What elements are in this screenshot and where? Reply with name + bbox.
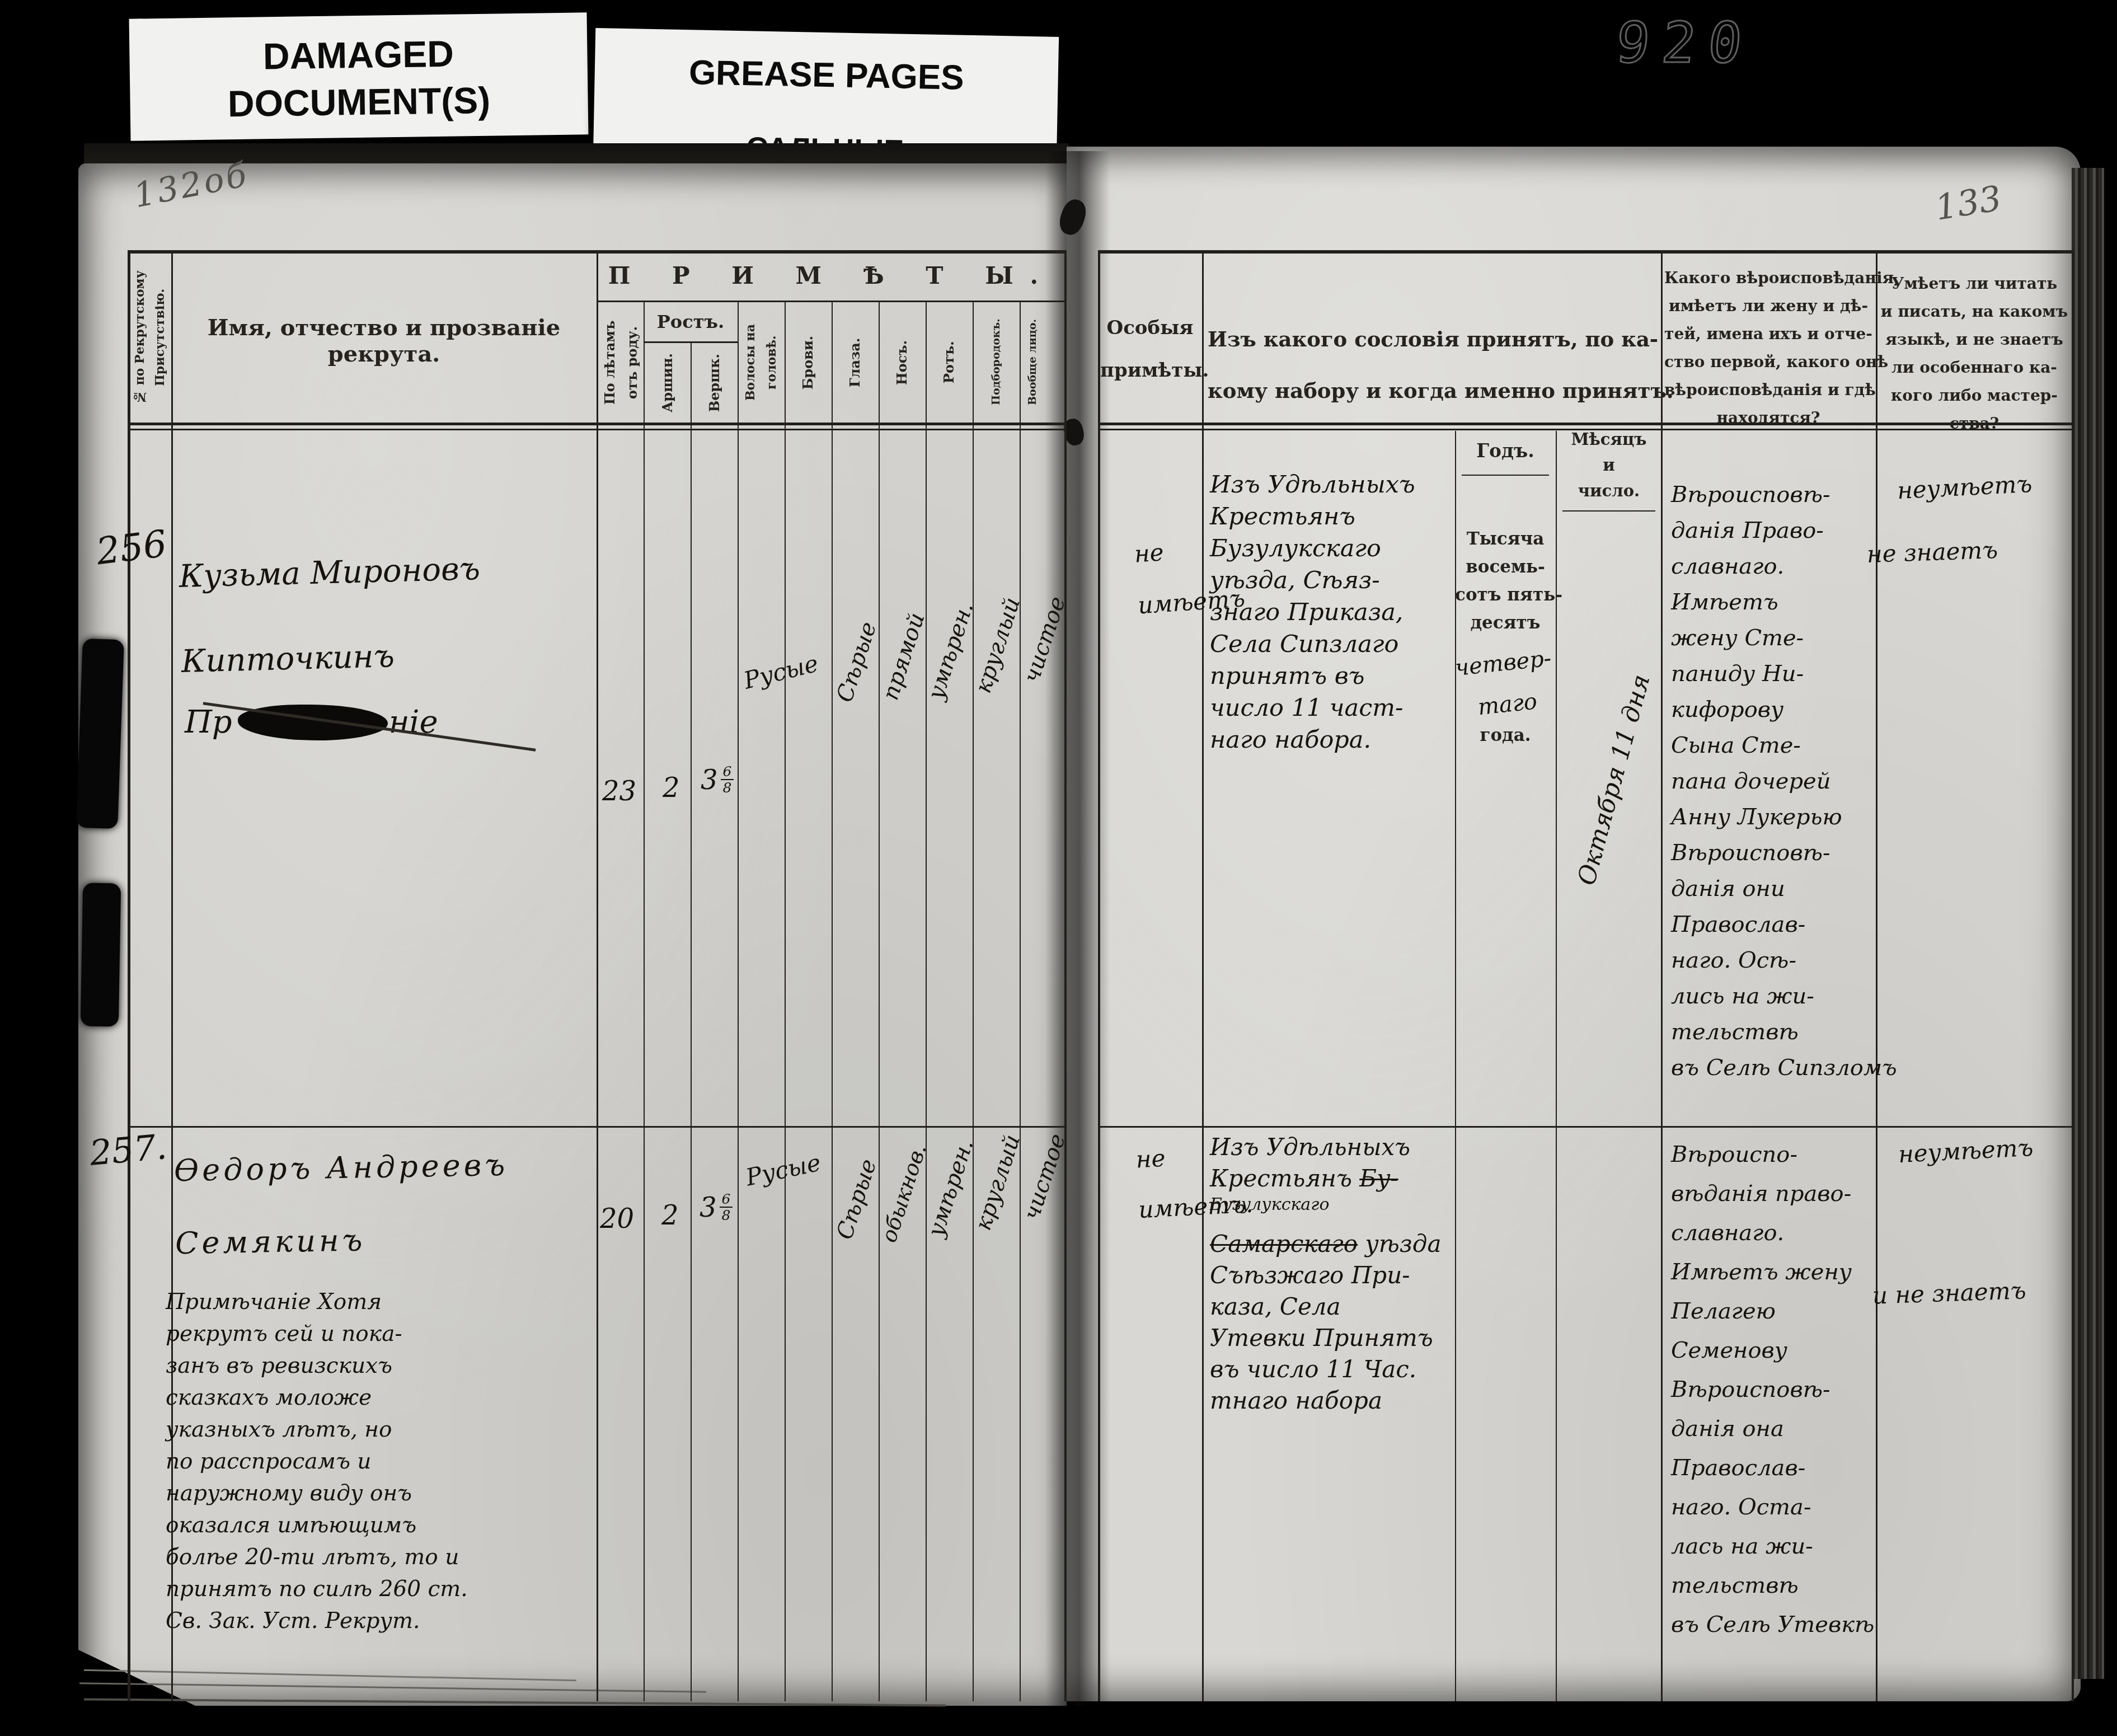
vershok-value: 368 <box>701 764 734 796</box>
table-rule <box>1098 1126 2074 1128</box>
blotted-line-start: Пр <box>185 704 232 740</box>
table-rule <box>644 301 645 1701</box>
damaged-card-text: DAMAGEDDOCUMENT(S) <box>129 28 588 128</box>
table-rule <box>1661 250 1663 1701</box>
column-header-height: Ростъ. <box>644 311 738 332</box>
column-header-recruit-number: № по Рекрутскому Присутствію. <box>130 255 171 420</box>
literacy-craft-value: и не знаетъ <box>1872 1277 2026 1310</box>
recruit-name: Ѳедоръ АндреевъСемякинъ <box>173 1129 510 1280</box>
column-header-literacy: Умѣетъ ли читатьи писать, на какомъязыкѣ… <box>1880 270 2068 438</box>
table-rule <box>1098 250 1100 1701</box>
vershok-denominator: 8 <box>720 1208 733 1222</box>
table-rule <box>2072 250 2074 1701</box>
binder-clamp <box>81 883 121 1026</box>
recruit-note: Примѣчаніе Хотярекрутъ сей и пока-занъ в… <box>166 1286 468 1637</box>
arshin-value: 2 <box>661 1200 679 1231</box>
vershok-value: 368 <box>700 1192 733 1223</box>
table-rule <box>1562 510 1655 512</box>
column-header-year: Годъ. <box>1455 440 1556 462</box>
column-header-nose: Носъ. <box>881 305 924 420</box>
table-rule <box>128 423 1067 425</box>
page-stack-edge <box>2072 168 2104 1679</box>
table-rule <box>832 301 833 1701</box>
age-value: 23 <box>602 776 636 807</box>
column-header-hair: Волосы на головѣ. <box>740 305 783 420</box>
estate-text: Изъ УдѣльныхъКрестьянъБузулукскагоуѣзда,… <box>1210 469 1415 756</box>
column-header-face: Вообще лицо. <box>1022 302 1064 422</box>
column-header-eyes: Глаза. <box>834 305 877 420</box>
column-header-name: Имя, отчество и прозваніе рекрута. <box>177 315 591 367</box>
faith-text: Вѣроиспо-вѣданія право-славнаго.Имѣетъ ж… <box>1671 1135 1874 1644</box>
column-header-vershok: Вершк. <box>693 346 736 420</box>
column-header-arshin: Аршин. <box>646 346 689 420</box>
table-rule <box>1064 250 1067 1701</box>
vershok-denominator: 8 <box>721 780 734 795</box>
table-rule <box>785 301 786 1701</box>
table-rule <box>1020 301 1021 1701</box>
vershok-numerator: 6 <box>720 1192 733 1208</box>
record-number: 256 <box>94 522 169 574</box>
column-header-special-marks: Особыяпримѣты. <box>1100 307 1200 392</box>
vershok-numerator: 6 <box>721 764 734 780</box>
frame-counter-ghost-digits: 920 <box>1613 10 1758 76</box>
binder-clamp <box>76 639 124 829</box>
recruit-name: Кузьма МироновъКипточкинъ <box>178 527 484 705</box>
table-rule <box>1462 475 1549 476</box>
vershok-whole: 3 <box>701 764 718 796</box>
table-rule <box>1098 250 2074 254</box>
recruit-name-blotted-line: Прніе <box>185 704 438 740</box>
table-rule <box>128 429 1067 430</box>
record-number: 257. <box>88 1126 168 1174</box>
table-rule <box>128 1126 1067 1128</box>
table-rule <box>738 301 739 1701</box>
table-rule <box>973 301 974 1701</box>
arshin-value: 2 <box>663 772 680 804</box>
column-header-age: По лѣтамъ отъ роду. <box>599 305 642 420</box>
column-header-month-day: Мѣсяцъичисло. <box>1557 426 1661 504</box>
vershok-whole: 3 <box>700 1192 717 1223</box>
grease-card-text: GREASE PAGES <box>594 51 1058 100</box>
table-rule <box>1556 431 1557 1701</box>
estate-text: Изъ УдѣльныхъКрестьянъ Бу-БузулукскагоСа… <box>1210 1132 1441 1416</box>
table-rule <box>128 250 130 1701</box>
damaged-document-card: DAMAGEDDOCUMENT(S) <box>129 12 589 140</box>
column-header-estate: Изъ какого сословія принятъ, по ка-кому … <box>1208 313 1656 416</box>
year-printed-text: Тысячавосемь-сотъ пять-десятъ <box>1455 525 1556 637</box>
column-header-chin: Подбородокъ. <box>975 302 1018 422</box>
scanned-recruit-register-photo: 920 DAMAGEDDOCUMENT(S) GREASE PAGES САЛЬ… <box>0 0 2117 1736</box>
column-header-mouth: Ротъ. <box>928 305 971 420</box>
table-rule <box>644 341 738 343</box>
age-value: 20 <box>600 1203 634 1235</box>
table-rule <box>1202 250 1204 1701</box>
faith-text: Вѣроисповѣ-данія Право-славнаго.Имѣетъже… <box>1671 477 1897 1086</box>
table-rule <box>926 301 927 1701</box>
column-header-primety-banner: П Р И М Ѣ Т Ы. <box>597 262 1067 289</box>
column-header-faith: Какого вѣроисповѣданія,имѣетъ ли жену и … <box>1664 264 1872 432</box>
table-rule <box>879 301 880 1701</box>
literacy-craft-value: не знаетъ <box>1866 536 1998 568</box>
table-rule <box>597 250 598 1701</box>
year-suffix: года. <box>1455 725 1556 745</box>
year-handwritten-text: четвер-таго <box>1449 637 1562 731</box>
table-rule <box>691 341 692 1701</box>
column-header-brows: Брови. <box>787 305 830 420</box>
